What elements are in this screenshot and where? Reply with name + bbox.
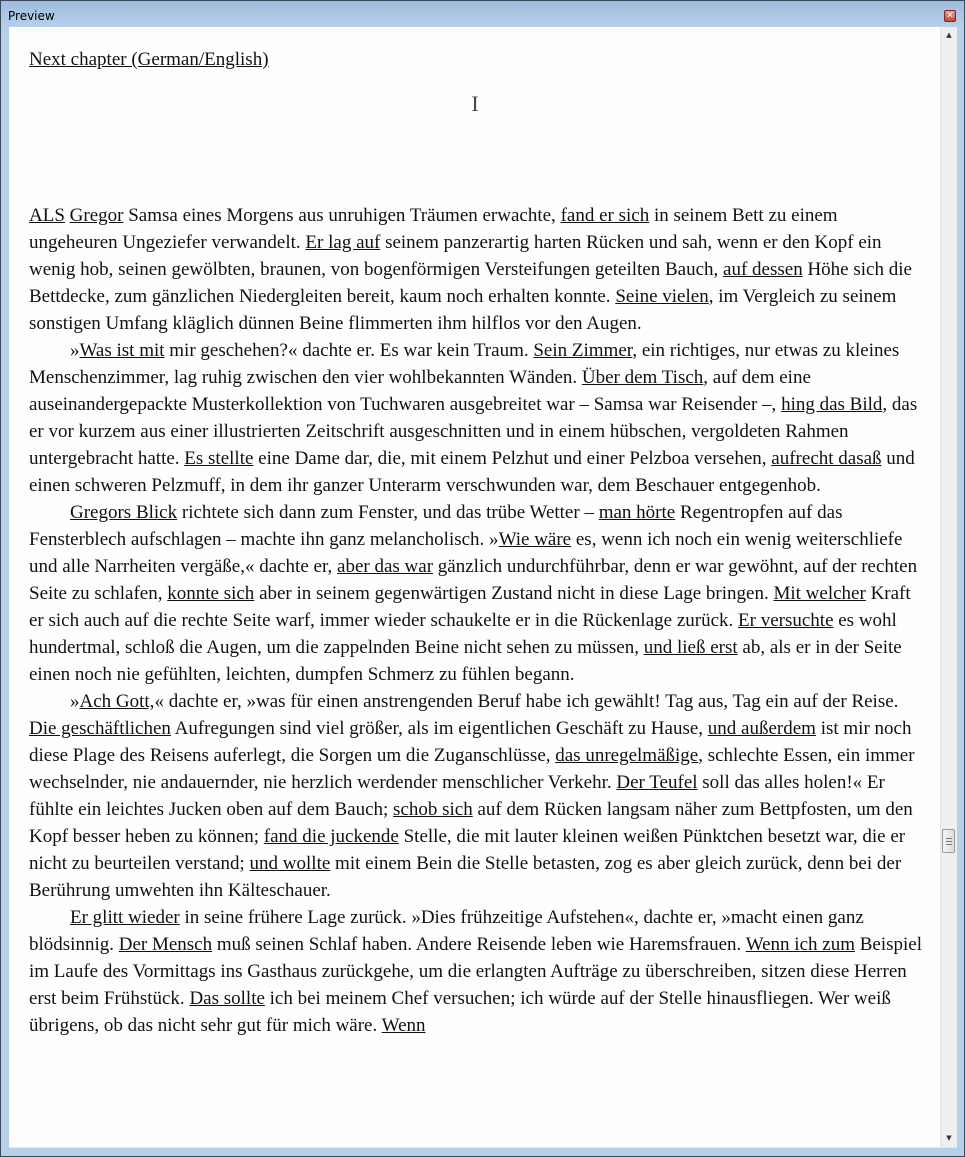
text-run: » — [70, 340, 80, 361]
preview-pane: Next chapter (German/English) I ALS Greg… — [9, 27, 957, 1148]
text-run: Samsa eines Morgens aus unruhigen Träume… — [123, 205, 560, 226]
translation-link[interactable]: Er lag auf — [305, 232, 380, 253]
translation-link[interactable]: Die geschäftlichen — [29, 718, 171, 739]
paragraph: ALS Gregor Samsa eines Morgens aus unruh… — [29, 202, 926, 337]
text-run: Aufregungen sind viel größer, als im eig… — [171, 718, 708, 739]
translation-link[interactable]: schob sich — [393, 799, 473, 820]
translation-link[interactable]: Wie wäre — [499, 529, 572, 550]
close-button[interactable]: ✕ — [944, 10, 956, 22]
translation-link[interactable]: Der Teufel — [616, 772, 697, 793]
translation-link[interactable]: Er glitt wieder — [70, 907, 180, 928]
translation-link[interactable]: Sein Zimmer — [533, 340, 632, 361]
chapter-heading: I — [9, 90, 941, 117]
translation-link[interactable]: Über dem Tisch — [582, 367, 703, 388]
chapter-body: ALS Gregor Samsa eines Morgens aus unruh… — [29, 202, 926, 1039]
grip-line — [946, 844, 952, 845]
scroll-down-button[interactable]: ▼ — [941, 1130, 957, 1147]
translation-link[interactable]: und ließ erst — [644, 637, 738, 658]
paragraph: Er glitt wieder in seine frühere Lage zu… — [29, 904, 926, 1039]
translation-link[interactable]: Wenn — [382, 1015, 426, 1036]
grip-line — [946, 841, 952, 842]
translation-link[interactable]: konnte sich — [167, 583, 254, 604]
translation-link[interactable]: aufrecht dasaß — [771, 448, 881, 469]
translation-link[interactable]: Gregor — [70, 205, 124, 226]
translation-link[interactable]: Er versuchte — [738, 610, 833, 631]
text-run: mir geschehen?« dachte er. Es war kein T… — [165, 340, 534, 361]
translation-link[interactable]: Mit welcher — [773, 583, 865, 604]
close-icon: ✕ — [946, 11, 954, 21]
paragraph: »Ach Gott,« dachte er, »was für einen an… — [29, 688, 926, 904]
scroll-up-button[interactable]: ▲ — [941, 27, 957, 44]
translation-link[interactable]: Wenn ich zum — [746, 934, 855, 955]
text-run: » — [70, 691, 80, 712]
grip-line — [946, 838, 952, 839]
paragraph: Gregors Blick richtete sich dann zum Fen… — [29, 499, 926, 688]
arrow-up-icon: ▲ — [946, 31, 951, 39]
translation-link[interactable]: Ach Gott, — [80, 691, 155, 712]
text-run: eine Dame dar, die, mit einem Pelzhut un… — [253, 448, 771, 469]
window-title: Preview — [8, 9, 55, 23]
document-view: Next chapter (German/English) I ALS Greg… — [9, 27, 941, 1147]
translation-link[interactable]: Der Mensch — [119, 934, 212, 955]
translation-link[interactable]: man hörte — [599, 502, 676, 523]
next-chapter-link[interactable]: Next chapter (German/English) — [29, 46, 269, 73]
text-run: muß seinen Schlaf haben. Andere Reisende… — [212, 934, 746, 955]
translation-link[interactable]: Seine vielen — [615, 286, 708, 307]
translation-link[interactable]: und wollte — [250, 853, 331, 874]
vertical-scrollbar[interactable]: ▲ ▼ — [940, 27, 957, 1147]
translation-link[interactable]: das unregelmäßige — [555, 745, 698, 766]
translation-link[interactable]: aber das war — [337, 556, 433, 577]
translation-link[interactable]: fand die juckende — [264, 826, 399, 847]
translation-link[interactable]: Gregors Blick — [70, 502, 177, 523]
arrow-down-icon: ▼ — [946, 1134, 951, 1142]
text-run: richtete sich dann zum Fenster, und das … — [177, 502, 599, 523]
text-run: aber in seinem gegenwärtigen Zustand nic… — [254, 583, 773, 604]
text-run: « dachte er, »was für einen anstrengende… — [154, 691, 898, 712]
preview-window: Preview ✕ Next chapter (German/English) … — [0, 0, 965, 1157]
scroll-thumb[interactable] — [942, 829, 955, 853]
translation-link[interactable]: fand er sich — [561, 205, 650, 226]
translation-link[interactable]: Es stellte — [184, 448, 253, 469]
translation-link[interactable]: Das sollte — [189, 988, 264, 1009]
title-bar[interactable]: Preview ✕ — [1, 1, 964, 27]
translation-link[interactable]: und außerdem — [708, 718, 816, 739]
translation-link[interactable]: auf dessen — [723, 259, 803, 280]
paragraph: »Was ist mit mir geschehen?« dachte er. … — [29, 337, 926, 499]
translation-link[interactable]: ALS — [29, 205, 65, 226]
translation-link[interactable]: hing das Bild — [781, 394, 882, 415]
translation-link[interactable]: Was ist mit — [80, 340, 165, 361]
